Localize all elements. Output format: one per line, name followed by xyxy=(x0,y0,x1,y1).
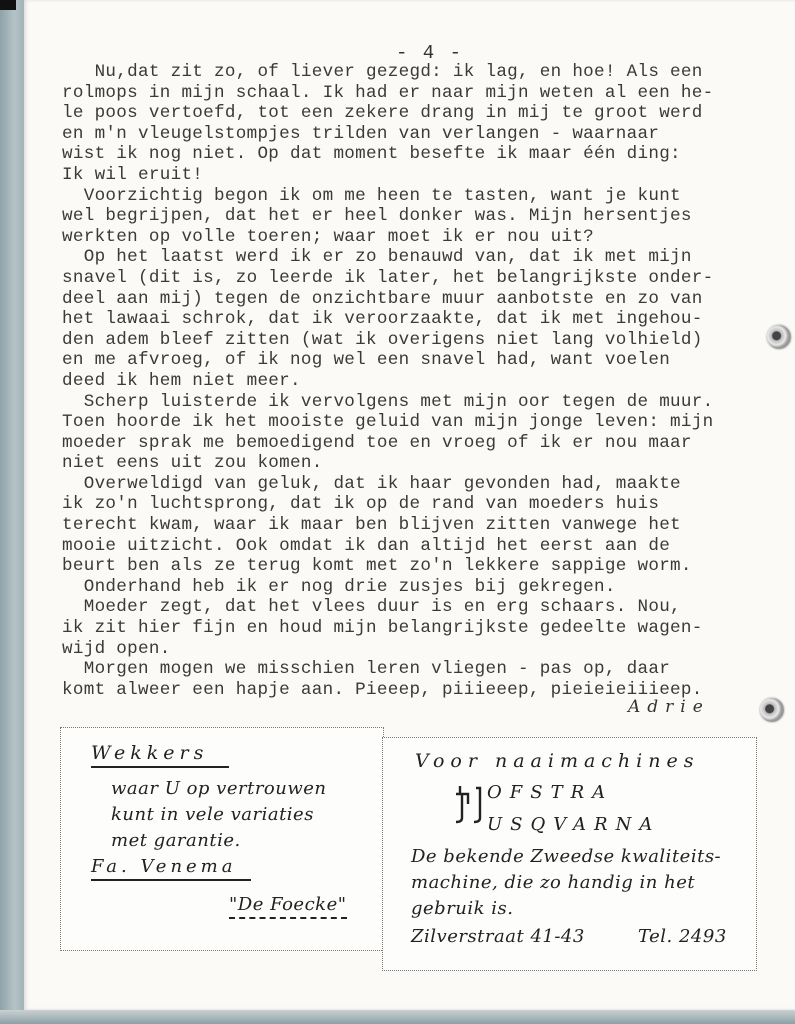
punch-hole-icon xyxy=(767,325,791,349)
text-line: Onderhand heb ik er nog drie zusjes bij … xyxy=(62,577,792,598)
text-line: Moeder zegt, dat het vlees duur is en er… xyxy=(62,597,792,618)
ad-naaimachines: Voor naaimachines OFSTRA USQVARNA De bek… xyxy=(382,737,757,971)
text-line: terecht kwam, waar ik maar ben blijven z… xyxy=(62,515,792,536)
ad-line: kunt in vele variaties xyxy=(111,804,314,825)
text-line: Nu,dat zit zo, of liever gezegd: ik lag,… xyxy=(62,62,792,83)
text-line: snavel (dit is, zo leerde ik later, het … xyxy=(62,268,792,289)
text-line: mooie uitzicht. Ook omdat ik dan altijd … xyxy=(62,536,792,557)
text-line: Voorzichtig begon ik om me heen te taste… xyxy=(62,186,792,207)
ad-line: De bekende Zweedse kwaliteits- xyxy=(411,846,721,867)
text-line: beurt ben als ze terug komt met zo'n lek… xyxy=(62,556,792,577)
author-signature: Adrie xyxy=(628,697,710,717)
ad-line: machine, die zo handig in het xyxy=(411,872,695,893)
brand-ofstra: OFSTRA xyxy=(487,782,613,803)
text-line: ik zit hier fijn en houd mijn belangrijk… xyxy=(62,618,792,639)
ad-phone: Tel. 2493 xyxy=(638,926,727,947)
text-line: en me afvroeg, of ik nog wel een snavel … xyxy=(62,350,792,371)
story-text: Nu,dat zit zo, of liever gezegd: ik lag,… xyxy=(62,62,792,700)
text-line: Ik wil eruit! xyxy=(62,165,792,186)
text-line: wijd open. xyxy=(62,639,792,660)
ad-address: Zilverstraat 41-43 xyxy=(411,926,585,947)
text-line: Overweldigd van geluk, dat ik haar gevon… xyxy=(62,474,792,495)
ad-heading: Wekkers xyxy=(91,742,229,768)
ad-line: met garantie. xyxy=(111,830,241,851)
binder-edge xyxy=(0,0,24,1024)
text-line: werkten op volle toeren; waar moet ik er… xyxy=(62,227,792,248)
text-line: le poos vertoefd, tot een zekere drang i… xyxy=(62,103,792,124)
page-stack-edge xyxy=(0,1010,795,1024)
ad-shop-name: "De Foecke" xyxy=(229,894,347,919)
page-number: - 4 - xyxy=(396,42,463,64)
ad-heading: Voor naaimachines xyxy=(415,750,699,772)
text-line: Toen hoorde ik het mooiste geluid van mi… xyxy=(62,412,792,433)
text-line: Op het laatst werd ik er zo benauwd van,… xyxy=(62,247,792,268)
brand-usqvarna: USQVARNA xyxy=(487,814,660,835)
text-line: deel aan mij) tegen de onzichtbare muur … xyxy=(62,289,792,310)
text-line: moeder sprak me bemoedigend toe en vroeg… xyxy=(62,433,792,454)
text-line: het lawaai schrok, dat ik veroorzaakte, … xyxy=(62,309,792,330)
punch-hole-icon xyxy=(760,698,784,722)
text-line: rolmops in mijn schaal. Ik had er naar m… xyxy=(62,83,792,104)
binder-clip xyxy=(0,0,16,10)
text-line: den adem bleef zitten (wat ik overigens … xyxy=(62,330,792,351)
text-line: Scherp luisterde ik vervolgens met mijn … xyxy=(62,392,792,413)
text-line: Morgen mogen we misschien leren vliegen … xyxy=(62,659,792,680)
text-line: ik zo'n luchtsprong, dat ik op de rand v… xyxy=(62,494,792,515)
text-line: wel begrijpen, dat het er heel donker wa… xyxy=(62,206,792,227)
text-line: deed ik hem niet meer. xyxy=(62,371,792,392)
text-line: en m'n vleugelstompjes trilden van verla… xyxy=(62,124,792,145)
hh-monogram-icon xyxy=(452,784,486,824)
text-line: wist ik nog niet. Op dat moment besefte … xyxy=(62,144,792,165)
ad-wekkers: Wekkers waar U op vertrouwen kunt in vel… xyxy=(60,727,384,951)
ad-line: waar U op vertrouwen xyxy=(111,778,327,799)
ad-line: gebruik is. xyxy=(411,898,514,919)
ad-company: Fa. Venema xyxy=(91,856,251,881)
text-line: niet eens uit zou komen. xyxy=(62,453,792,474)
